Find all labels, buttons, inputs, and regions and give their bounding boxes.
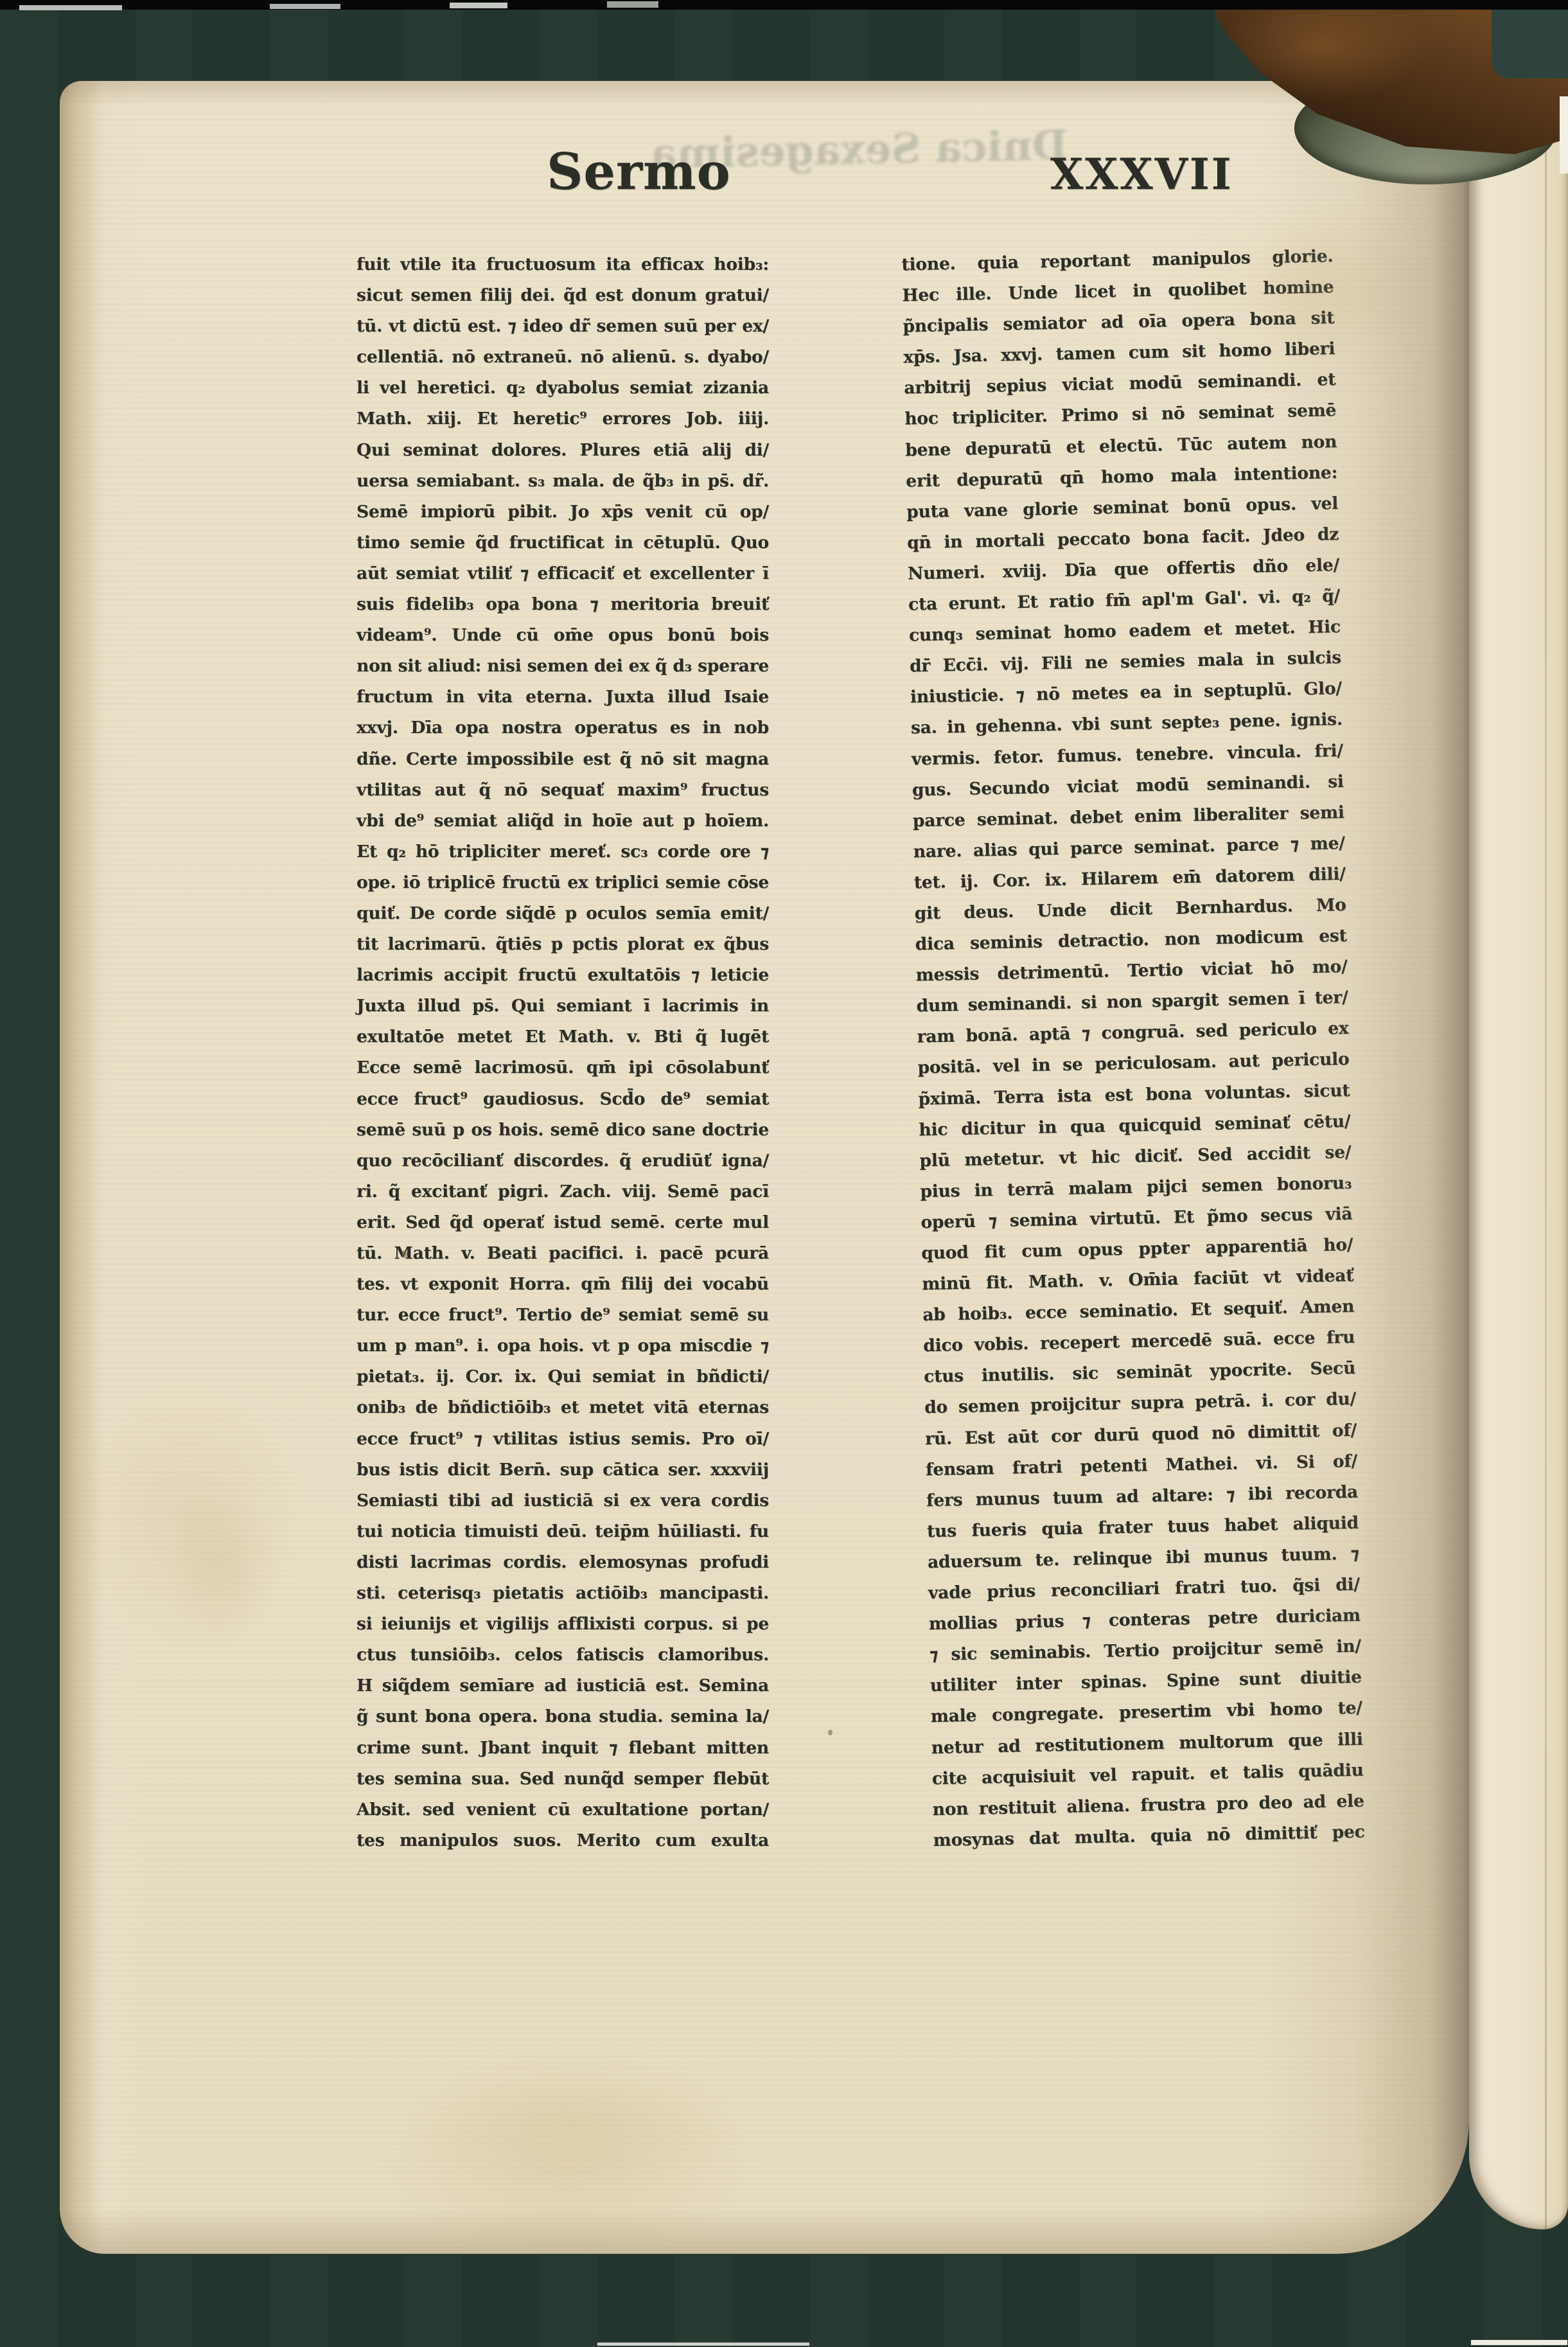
text-line: videam⁹. Unde cū om̄e opus bonū bois [357, 620, 769, 651]
text-line: sicut semen filij dei. q̃d est donum gra… [357, 280, 769, 311]
text-line: quiť. De corde siq̃dē p oculos semīa emi… [357, 898, 769, 929]
text-line: vbi de⁹ semiat aliq̃d in hoīe aut p hoīe… [357, 806, 769, 837]
text-line: pietat₃. ij. Cor. ix. Qui semiat in bñdi… [357, 1361, 769, 1392]
text-line: ecce fruct⁹ ⁊ vtilitas istius semis. Pro… [357, 1424, 769, 1455]
gutter-crease [1545, 84, 1547, 2229]
text-line: Et q₂ hō tripliciter mereť. sc₃ corde or… [357, 837, 769, 867]
text-line: H siq̃dem semīare ad iusticiā est. Semin… [357, 1670, 769, 1701]
text-line: tes. vt exponit Horra. qm̄ filij dei voc… [357, 1269, 769, 1300]
text-line: g̃ sunt bona opera. bona studia. semina … [357, 1701, 769, 1732]
text-line: uersa semiabant. s₃ mala. de q̃b₃ in ps̄… [357, 466, 769, 497]
text-line: erit. Sed q̃d operať istud semē. certe m… [357, 1207, 769, 1238]
text-line: vtilitas aut q̃ nō sequať maxim⁹ fructus [357, 775, 769, 806]
text-line: si ieiunijs et vigilijs afflixisti corpu… [357, 1609, 769, 1640]
text-line: exultatōe metet Et Math. v. Bti q̃ lugēt [357, 1022, 769, 1052]
text-line: sti. ceterisq₃ pietatis actiōib₃ mancipa… [357, 1578, 769, 1609]
foxing-speck [828, 1730, 832, 1735]
incunabulum-scan: Dnica Sexagesima Sermo XXXVII fuit vtile… [0, 0, 1568, 2347]
text-line: Juxta illud ps̄. Qui semiant ī lacrimis … [357, 991, 769, 1022]
foxing-speck [401, 1250, 407, 1258]
text-line: semē suū p os hois. semē dico sane doctr… [357, 1115, 769, 1146]
scan-artifact [1471, 2340, 1567, 2345]
text-line: crime sunt. Jbant inquit ⁊ flebant mitte… [357, 1733, 769, 1764]
text-line: aūt semiat vtiliť ⁊ efficaciť et excelle… [357, 558, 769, 589]
scan-edge-strip [0, 0, 1568, 10]
text-line: tui noticia timuisti deū. teip̄m hūilias… [357, 1516, 769, 1547]
text-column-right: tione. quia reportant manipulos glorie.H… [901, 241, 1365, 1856]
text-line: onib₃ de bñdictiōib₃ et metet vitā etern… [357, 1392, 769, 1423]
text-line: bus istis dicit Bern̄. sup cātica ser. x… [357, 1455, 769, 1485]
text-line: Semiasti tibi ad iusticiā si ex vera cor… [357, 1485, 769, 1516]
scan-artifact [607, 1, 658, 8]
running-title: Sermo [547, 143, 731, 201]
text-line: xxvj. Dīa opa nostra operatus es in nob [357, 713, 769, 743]
text-line: non sit aliud: nisi semen dei ex q̃ d₃ s… [357, 651, 769, 682]
scan-artifact [19, 5, 122, 10]
text-column-left: fuit vtile ita fructuosum ita efficax ho… [357, 249, 769, 1856]
text-line: Absit. sed venient cū exultatione portan… [357, 1794, 769, 1825]
scan-artifact [450, 3, 507, 8]
page-stain [163, 1482, 278, 1649]
text-line: ecce fruct⁹ gaudiosus. Scd̄o de⁹ semiat [357, 1084, 769, 1115]
text-line: tes manipulos suos. Merito cum exulta [357, 1825, 769, 1856]
scan-artifact [1560, 96, 1568, 173]
text-line: fructum in vita eterna. Juxta illud Isai… [357, 682, 769, 713]
scan-artifact [597, 2343, 809, 2346]
text-line: quo recōcilianť discordes. q̃ erudiūť ig… [357, 1146, 769, 1176]
sermon-number: XXXVII [1050, 149, 1233, 199]
page-stain [394, 2047, 753, 2188]
text-line: tū. Math. v. Beati pacifici. i. pacē pcu… [357, 1238, 769, 1269]
text-line: lacrimis accipit fructū exultatōis ⁊ let… [357, 960, 769, 991]
adjacent-page-edge [1469, 84, 1568, 2229]
text-line: ctus tunsiōib₃. celos fatiscis clamoribu… [357, 1640, 769, 1670]
text-line: um p man⁹. i. opa hois. vt p opa miscdie… [357, 1331, 769, 1361]
text-line: dñe. Certe impossibile est q̃ nō sit mag… [357, 744, 769, 775]
text-line: tes semina sua. Sed nunq̃d semper flebūt [357, 1764, 769, 1794]
text-line: ri. q̃ excitanť pigri. Zach. viij. Semē … [357, 1176, 769, 1207]
background-corner [1492, 0, 1568, 78]
text-line: ope. iō triplicē fructū ex triplici semi… [357, 867, 769, 898]
text-line: li vel heretici. q₂ dyabolus semiat ziza… [357, 373, 769, 403]
scan-artifact [270, 4, 340, 9]
text-line: Ecce semē lacrimosū. qm̄ ipi cōsolabunť [357, 1052, 769, 1083]
text-line: cellentiā. nō extraneū. nō alienū. s. dy… [357, 342, 769, 373]
text-line: Math. xiij. Et heretic⁹ errores Job. iii… [357, 403, 769, 434]
text-line: disti lacrimas cordis. elemosynas profud… [357, 1547, 769, 1578]
text-line: tur. ecce fruct⁹. Tertio de⁹ semiat semē… [357, 1300, 769, 1331]
text-line: fuit vtile ita fructuosum ita efficax ho… [357, 249, 769, 280]
text-line: Qui seminat dolores. Plures etiā alij di… [357, 435, 769, 466]
text-line: tit lacrimarū. q̃tiēs p pctis plorat ex … [357, 929, 769, 960]
text-line: suis fidelib₃ opa bona ⁊ meritoria breui… [357, 589, 769, 620]
text-line: tū. vt dictū est. ⁊ ideo dr̃ semen suū p… [357, 311, 769, 342]
text-line: timo semie q̃d fructificat in cētuplū. Q… [357, 527, 769, 558]
page: Dnica Sexagesima Sermo XXXVII fuit vtile… [60, 81, 1469, 2254]
text-line: Semē impiorū pibit. Jo xp̄s venit cū op/ [357, 497, 769, 527]
